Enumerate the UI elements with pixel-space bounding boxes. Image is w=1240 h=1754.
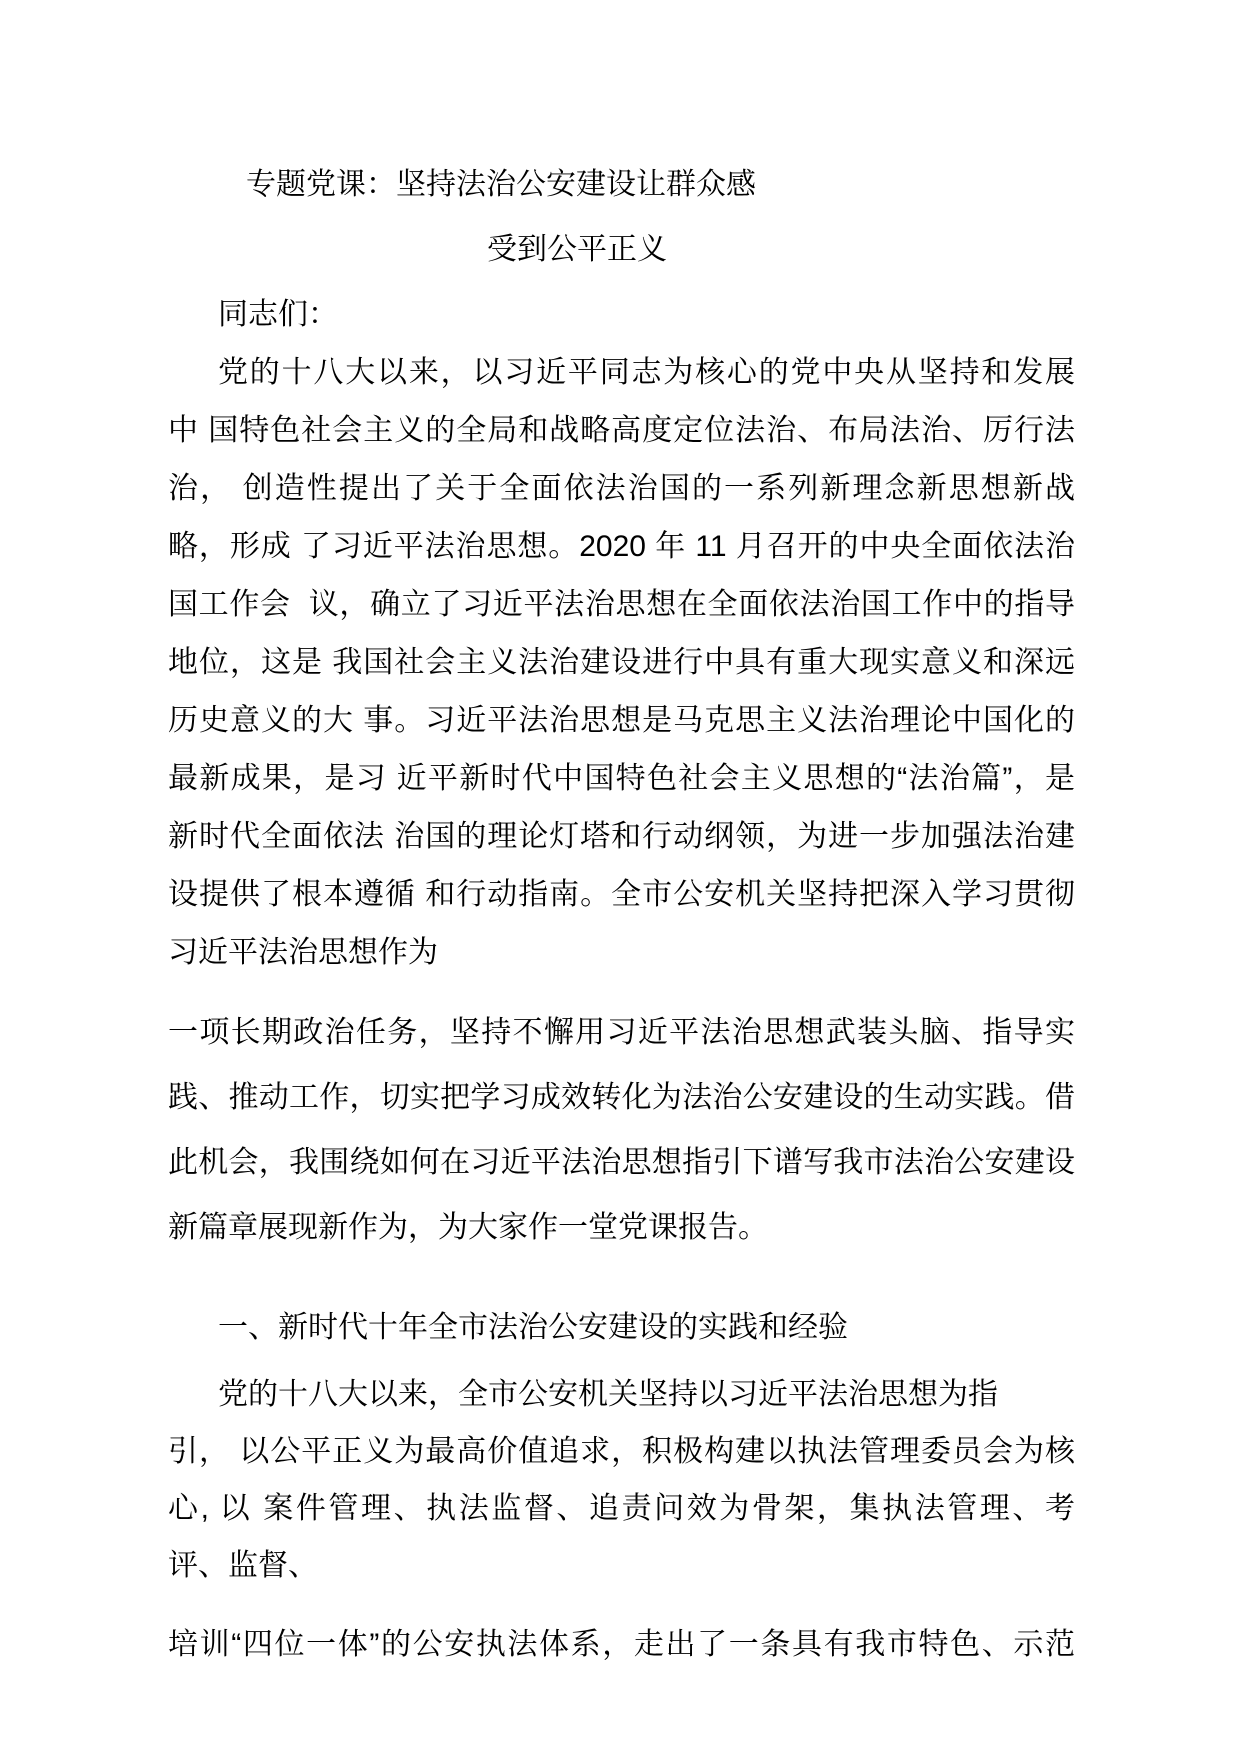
doc-title-line-1: 专题党课：坚持法治公安建设让群众感: [168, 156, 1075, 214]
text-line: 心, 以 案件管理、执法监督、追责问效为骨架，集执法管理、考: [168, 1480, 1075, 1537]
text-line: 习近平法治思想作为: [168, 924, 1075, 982]
text-line: 一项长期政治任务，坚持不懈用习近平法治思想武装头脑、指导实: [168, 1000, 1075, 1065]
document-page: 专题党课：坚持法治公安建设让群众感 受到公平正义 同志们： 党的十八大以来，以习…: [0, 0, 1240, 1754]
salutation: 同志们：: [168, 286, 1075, 344]
text-line: 引， 以公平正义为最高价值追求，积极构建以执法管理委员会为核: [168, 1423, 1075, 1480]
text-line: 新篇章展现新作为，为大家作一堂党课报告。: [168, 1195, 1075, 1260]
text-line: 党的十八大以来，以习近平同志为核心的党中央从坚持和发展: [168, 344, 1075, 402]
text-line: 评、监督、: [168, 1537, 1075, 1594]
text-line: 中 国特色社会主义的全局和战略高度定位法治、布局法治、厉行法: [168, 402, 1075, 460]
paragraph-intro: 党的十八大以来，以习近平同志为核心的党中央从坚持和发展中 国特色社会主义的全局和…: [168, 344, 1075, 982]
text-line: 设提供了根本遵循 和行动指南。全市公安机关坚持把深入学习贯彻: [168, 866, 1075, 924]
text-line: 新时代全面依法 治国的理论灯塔和行动纲领，为进一步加强法治建: [168, 808, 1075, 866]
text-line: 培训“四位一体”的公安执法体系，走出了一条具有我市特色、示范: [168, 1616, 1075, 1674]
paragraph-task: 一项长期政治任务，坚持不懈用习近平法治思想武装头脑、指导实践、推动工作，切实把学…: [168, 1000, 1075, 1260]
doc-title-line-2: 受到公平正义: [168, 221, 1075, 279]
text-line: 党的十八大以来，全市公安机关坚持以习近平法治思想为指: [168, 1366, 1075, 1423]
paragraph-section-one: 党的十八大以来，全市公安机关坚持以习近平法治思想为指引， 以公平正义为最高价值追…: [168, 1366, 1075, 1594]
paragraph-training: 培训“四位一体”的公安执法体系，走出了一条具有我市特色、示范: [168, 1616, 1075, 1674]
section-heading: 一、新时代十年全市法治公安建设的实践和经验: [168, 1299, 1075, 1357]
text-line: 历史意义的大 事。习近平法治思想是马克思主义法治理论中国化的: [168, 692, 1075, 750]
text-line: 地位，这是 我国社会主义法治建设进行中具有重大现实意义和深远: [168, 634, 1075, 692]
text-line: 最新成果，是习 近平新时代中国特色社会主义思想的“法治篇”，是: [168, 750, 1075, 808]
text-line: 国工作会 议，确立了习近平法治思想在全面依法治国工作中的指导: [168, 576, 1075, 634]
text-line: 治， 创造性提出了关于全面依法治国的一系列新理念新思想新战: [168, 460, 1075, 518]
text-line: 略，形成 了习近平法治思想。2020 年 11 月召开的中央全面依法治: [168, 518, 1075, 576]
text-line: 践、推动工作，切实把学习成效转化为法治公安建设的生动实践。借: [168, 1065, 1075, 1130]
text-line: 此机会，我围绕如何在习近平法治思想指引下谱写我市法治公安建设: [168, 1130, 1075, 1195]
